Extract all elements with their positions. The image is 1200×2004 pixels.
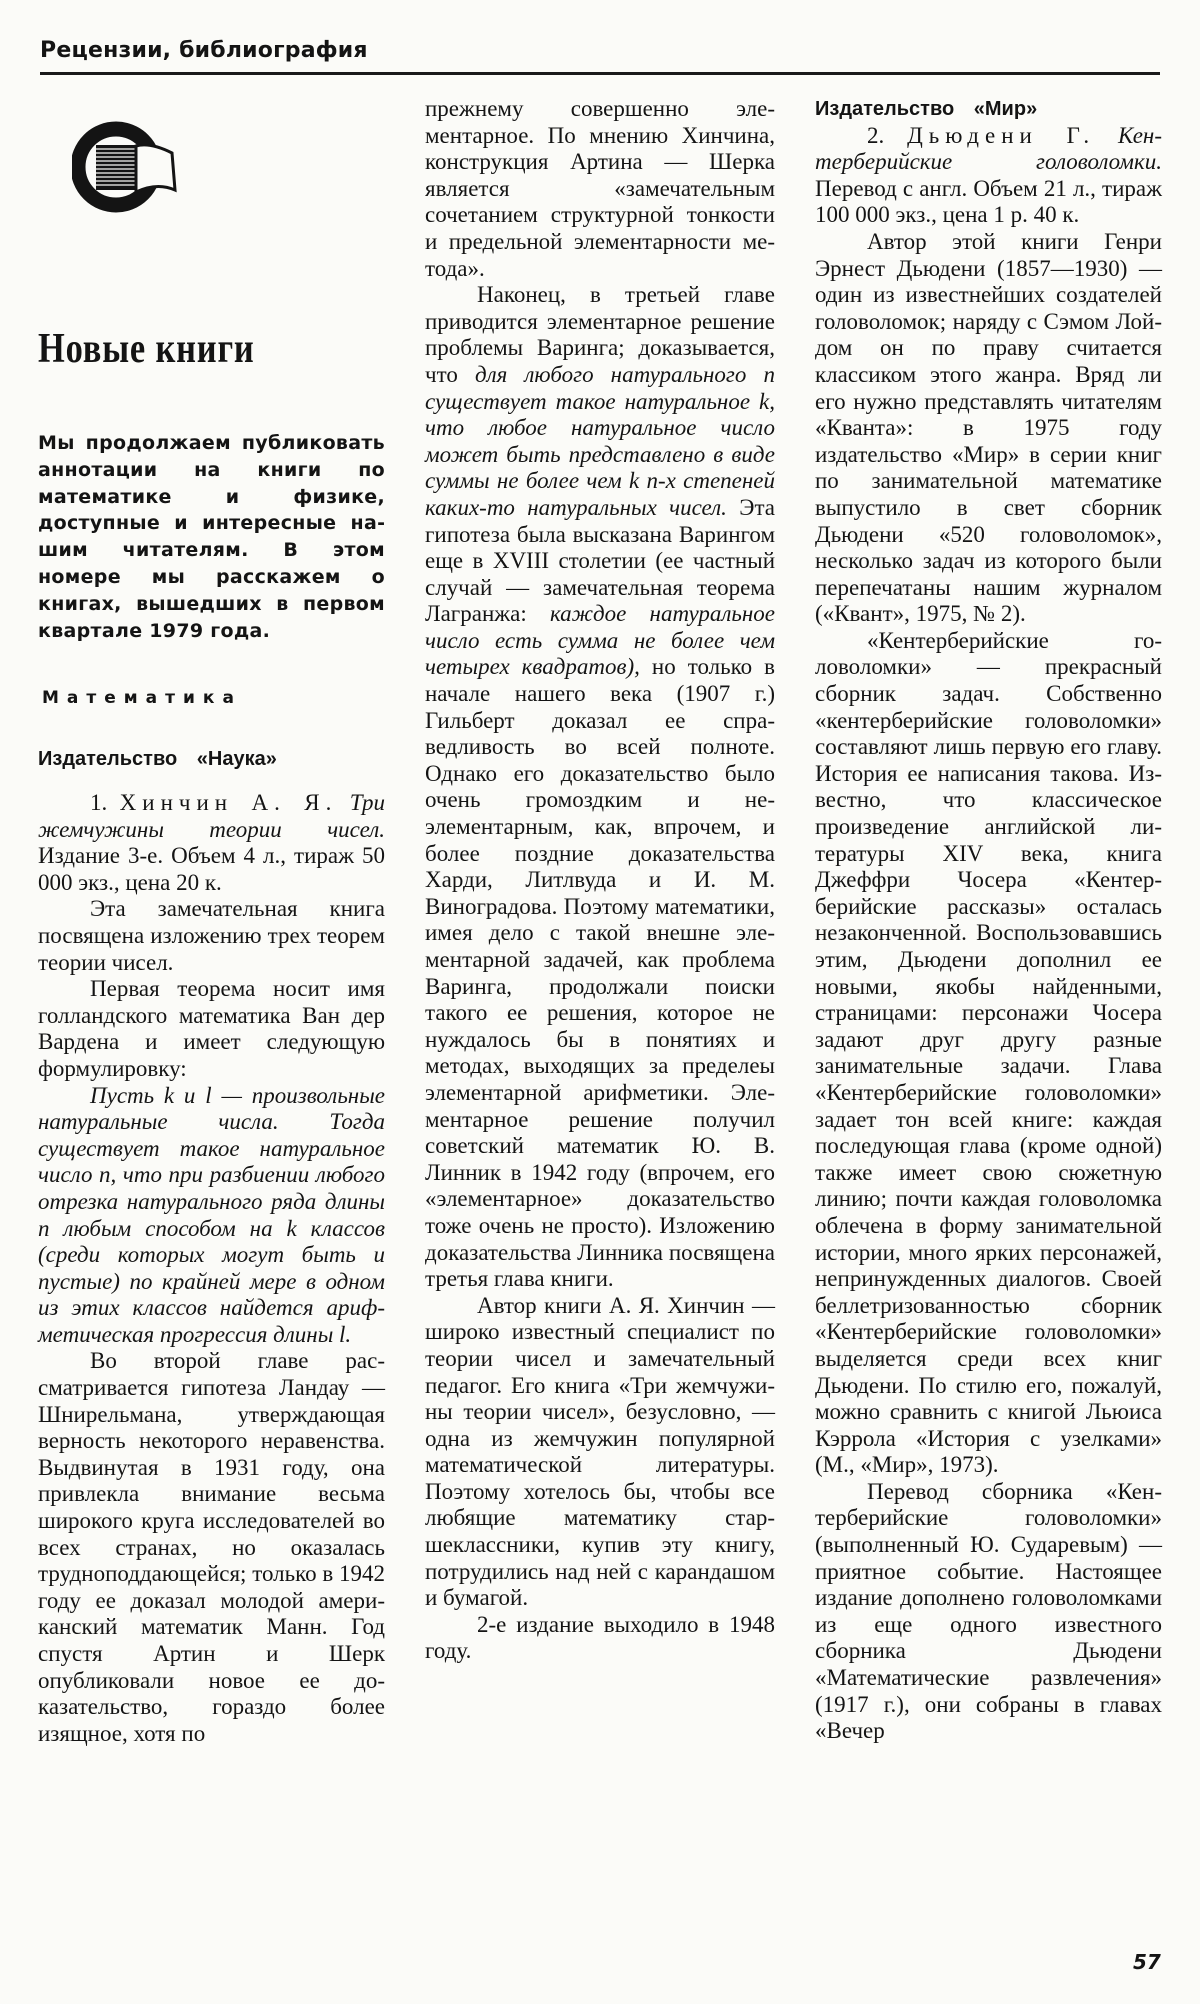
column-right: Издательство «Мир» 2. Дьюдени Г. Кен­тер… [815,96,1162,1745]
column-middle: прежнему совершенно эле­ментарное. По мн… [425,96,775,1665]
book-in-circle-icon [72,120,182,215]
paragraph: Во второй главе рас­сматривается гипотез… [38,1348,385,1747]
theorem-statement: Пусть k и l — произ­вольные натуральные … [38,1083,385,1349]
book-details: Издание 3-е. Объ­ем 4 л., тираж 50 000 э… [38,843,385,895]
publisher-heading: Издательство «Мир» [815,96,1162,123]
book-author: Хинчин А. Я. [120,790,338,815]
paragraph: «Кентерберийские го­ловоломки» — прекрас… [815,628,1162,1479]
entry-number: 1. [90,790,107,815]
section-header: Рецензии, библиография [40,38,368,63]
page-number: 57 [1133,1950,1161,1974]
page-title: Новые книги [38,325,255,373]
paragraph-text: но только в начале нашего века (1907 г.)… [425,654,775,1291]
paragraph: Первая теорема носит имя голландского ма… [38,976,385,1082]
book-author: Дьюдени Г. [907,123,1095,148]
publisher-heading: Издательство «Наука» [38,748,277,771]
intro-paragraph: Мы продолжаем публико­вать аннотации на … [38,430,385,644]
book-details: Перевод с англ. Объем 21 л., тираж 100 0… [815,176,1162,228]
paragraph: Автор книги А. Я. Хин­чин — широко извес… [425,1293,775,1612]
book-entry-header: 2. Дьюдени Г. Кен­терберийские головолом… [815,123,1162,229]
rubric-mathematics: Математика [42,688,242,708]
waring-statement: для любого натурального n существует так… [425,362,775,520]
paragraph: Наконец, в третьей гла­ве приводится эле… [425,282,775,1293]
entry-number: 2. [867,123,884,148]
paragraph: прежнему совершенно эле­ментарное. По мн… [425,96,775,282]
book-entry-header: 1. Хинчин А. Я. Три жемчужины теории чис… [38,790,385,896]
paragraph: 2-е издание выходило в 1948 году. [425,1612,775,1665]
paragraph: Автор этой книги Ген­ри Эрнест Дьюдени (… [815,229,1162,628]
header-rule [40,72,1160,75]
paragraph: Перевод сборника «Кен­терберийские голов… [815,1479,1162,1745]
column-left: 1. Хинчин А. Я. Три жемчужины теории чис… [38,790,385,1747]
paragraph: Эта замечательная кни­га посвящена излож… [38,896,385,976]
